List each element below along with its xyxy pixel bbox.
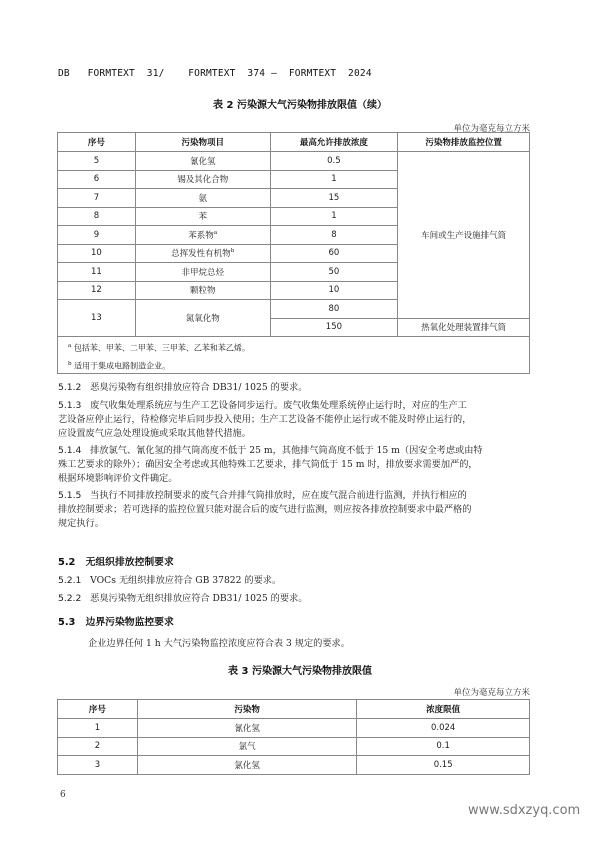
table3: 序号 污染物 浓度限值 1 氰化氢 0.024 2 氯气 0.1 3 氯化氢 0… [57,699,530,775]
para-5-1-2: 5.1.2 恶臭污染物有组织排放应符合 DB31/ 1025 的要求。 [58,381,530,395]
table2-notes: a 包括苯、甲苯、二甲苯、三甲苯、乙苯和苯乙烯。 b 适用于集成电路制造企业。 [58,337,530,374]
para-5-2-2: 5.2.2 恶臭污染物无组织排放应符合 DB31/ 1025 的要求。 [58,592,530,606]
col-header-limit: 浓度限值 [357,700,530,719]
para-5-1-3: 5.1.3 废气收集处理系统应与生产工艺设备同步运行。废气收集处理系统停止运行时… [58,399,530,442]
location-main: 车间或生产设施排气筒 [398,152,530,319]
col-header-location: 污染物排放监控位置 [398,133,530,152]
col-header-limit: 最高允许排放浓度 [270,133,398,152]
table2-caption: 表 2 污染源大气污染物排放限值（续） [0,96,600,111]
table-row: 1 氰化氢 0.024 [58,719,530,738]
table2: 序号 污染物项目 最高允许排放浓度 污染物排放监控位置 5 氰化氢 0.5 车间… [57,132,530,374]
page-number: 6 [60,790,66,800]
table3-caption: 表 3 污染源大气污染物排放限值 [0,662,600,677]
para-5-1-4: 5.1.4 排放氯气、氰化氢的排气筒高度不低于 25 m，其他排气筒高度不低于 … [58,444,530,487]
col-header-item: 污染物 [137,700,357,719]
col-header-item: 污染物项目 [135,133,270,152]
footnote-a: a 包括苯、甲苯、二甲苯、三甲苯、乙苯和苯乙烯。 [68,337,529,355]
footnote-b: b 适用于集成电路制造企业。 [68,355,529,373]
table3-unit: 单位为毫克每立方米 [453,686,530,698]
table2-header-row: 序号 污染物项目 最高允许排放浓度 污染物排放监控位置 [58,133,530,152]
footnote-mark: a [214,230,217,236]
section-5-2-heading: 5.2 无组织排放控制要求 [58,554,174,568]
table-row: 3 氯化氢 0.15 [58,756,530,775]
table-row: 5 氰化氢 0.5 车间或生产设施排气筒 [58,152,530,171]
watermark: www.sdxzyq.com [468,803,580,818]
table-row: 2 氯气 0.1 [58,737,530,756]
location-thermal: 热氧化处理装置排气筒 [398,318,530,337]
col-header-no: 序号 [58,133,136,152]
table3-header-row: 序号 污染物 浓度限值 [58,700,530,719]
section-5-3-heading: 5.3 边界污染物监控要求 [58,614,174,628]
footnote-mark: b [231,248,235,254]
para-5-3: 企业边界任何 1 h 大气污染物监控浓度应符合表 3 规定的要求。 [88,637,560,651]
para-5-2-1: 5.2.1 VOCs 无组织排放应符合 GB 37822 的要求。 [58,574,530,588]
col-header-no: 序号 [58,700,138,719]
para-5-1-5: 5.1.5 当执行不同排放控制要求的废气合并排气筒排放时，应在废气混合前进行监测… [58,489,530,532]
document-header: DB FORMTEXT 31/ FORMTEXT 374 — FORMTEXT … [58,68,372,79]
